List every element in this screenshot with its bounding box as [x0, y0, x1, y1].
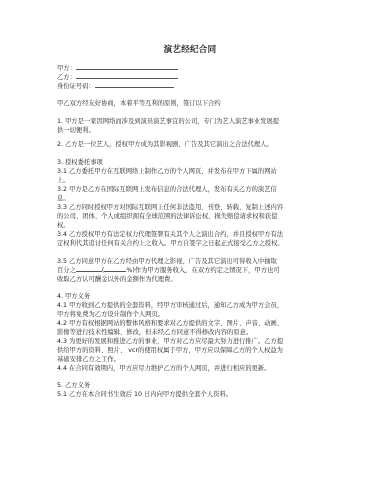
clause-4-2: 4.2 甲方有权根据网站的整体风格和要求对乙方提供的文字、图片、声音、动画、影像…: [57, 319, 285, 337]
clause-3-5: 3.5 乙方同意甲方在乙方经由甲方代理之影视、广告及其它演出可得收入中抽取 百分…: [57, 257, 285, 284]
clause-3-5-line-2: 百分之(%)作为甲方服务收入，在双方约定之情况下，甲方也可: [57, 266, 285, 275]
clause-3-5-line-3: 收取乙方认可酬金以外的金额作为代理费。: [57, 275, 285, 284]
percent-blank-2: [104, 266, 126, 272]
party-a-label: 甲方：: [57, 65, 76, 72]
clause-3-5-line-1: 3.5 乙方同意甲方在乙方经由甲方代理之影视、广告及其它演出可得收入中抽取: [57, 257, 285, 266]
clause-3-1: 3.1 乙方委托甲方在互联网络上制作乙方的个人网页，并发布在甲方下属的网站上。: [57, 167, 285, 185]
document-page: 演艺经纪合同 甲方： 乙方： 身份证号码： 甲乙双方经友好协商，本着平等互利的原…: [0, 0, 380, 492]
clause-4-title: 4. 甲方义务: [57, 292, 285, 301]
clause-3-3: 3.3 乙方同时授权甲方对国际互联网上任何非法盗用、刊登、转载、复制上述内容的公…: [57, 203, 285, 230]
clause-1: 1. 甲方是一家因网络而涉及到演员演艺事宜的公司，专门为艺人演艺事业发展提供一切…: [57, 117, 285, 135]
id-number-blank: [95, 82, 174, 88]
clause-4-4: 4.4 在合同有效期内，甲方应尽力维护乙方的个人网页，并进行相应的更新。: [57, 364, 285, 373]
party-a-blank: [76, 64, 178, 70]
percent-prefix: 百分之: [57, 267, 76, 274]
party-a-field: 甲方：: [57, 64, 178, 73]
party-b-label: 乙方：: [57, 74, 76, 81]
percent-blank-1: [76, 266, 102, 272]
clause-3-title: 3. 授权委托事项: [57, 158, 285, 167]
clause-3-4: 3.4 乙方授权甲方有法定权力代理签署有关其个人之演出合约，并且授权甲方有法定权…: [57, 230, 285, 248]
clause-2: 2. 乙方是一位艺人，授权甲方成为其影视剧、广告及其它演出之合法代理人。: [57, 140, 285, 149]
clause-4-3: 4.3 为更好的发展和推进乙方的事业，甲方对乙方应尽最大努力进行推广。乙方提供给…: [57, 337, 285, 364]
document-title: 演艺经纪合同: [0, 43, 380, 55]
clause-3-2: 3.2 甲方是乙方在国际互联网上发布信息的合法代理人，发布有关乙方的演艺信息。: [57, 185, 285, 203]
percent-suffix: )作为甲方服务收入，在双方约定之情况下，甲方也可: [132, 267, 279, 274]
clause-5-title: 5. 乙方义务: [57, 381, 285, 390]
party-b-blank: [76, 73, 178, 79]
id-number-label: 身份证号码：: [57, 83, 95, 90]
intro-text: 甲乙双方经友好协商，本着平等互利的原则，签订以下合约: [57, 99, 285, 108]
clause-5-1: 5.1 乙方在本合同书生效后 10 日内向甲方提供全套个人资料。: [57, 390, 285, 399]
party-b-field: 乙方：: [57, 73, 178, 82]
clause-4-1: 4.1 甲方收到乙方提供的全套资料，经甲方审核通过后，通知乙方成为甲方会员，甲方…: [57, 301, 285, 319]
id-number-field: 身份证号码：: [57, 82, 174, 91]
